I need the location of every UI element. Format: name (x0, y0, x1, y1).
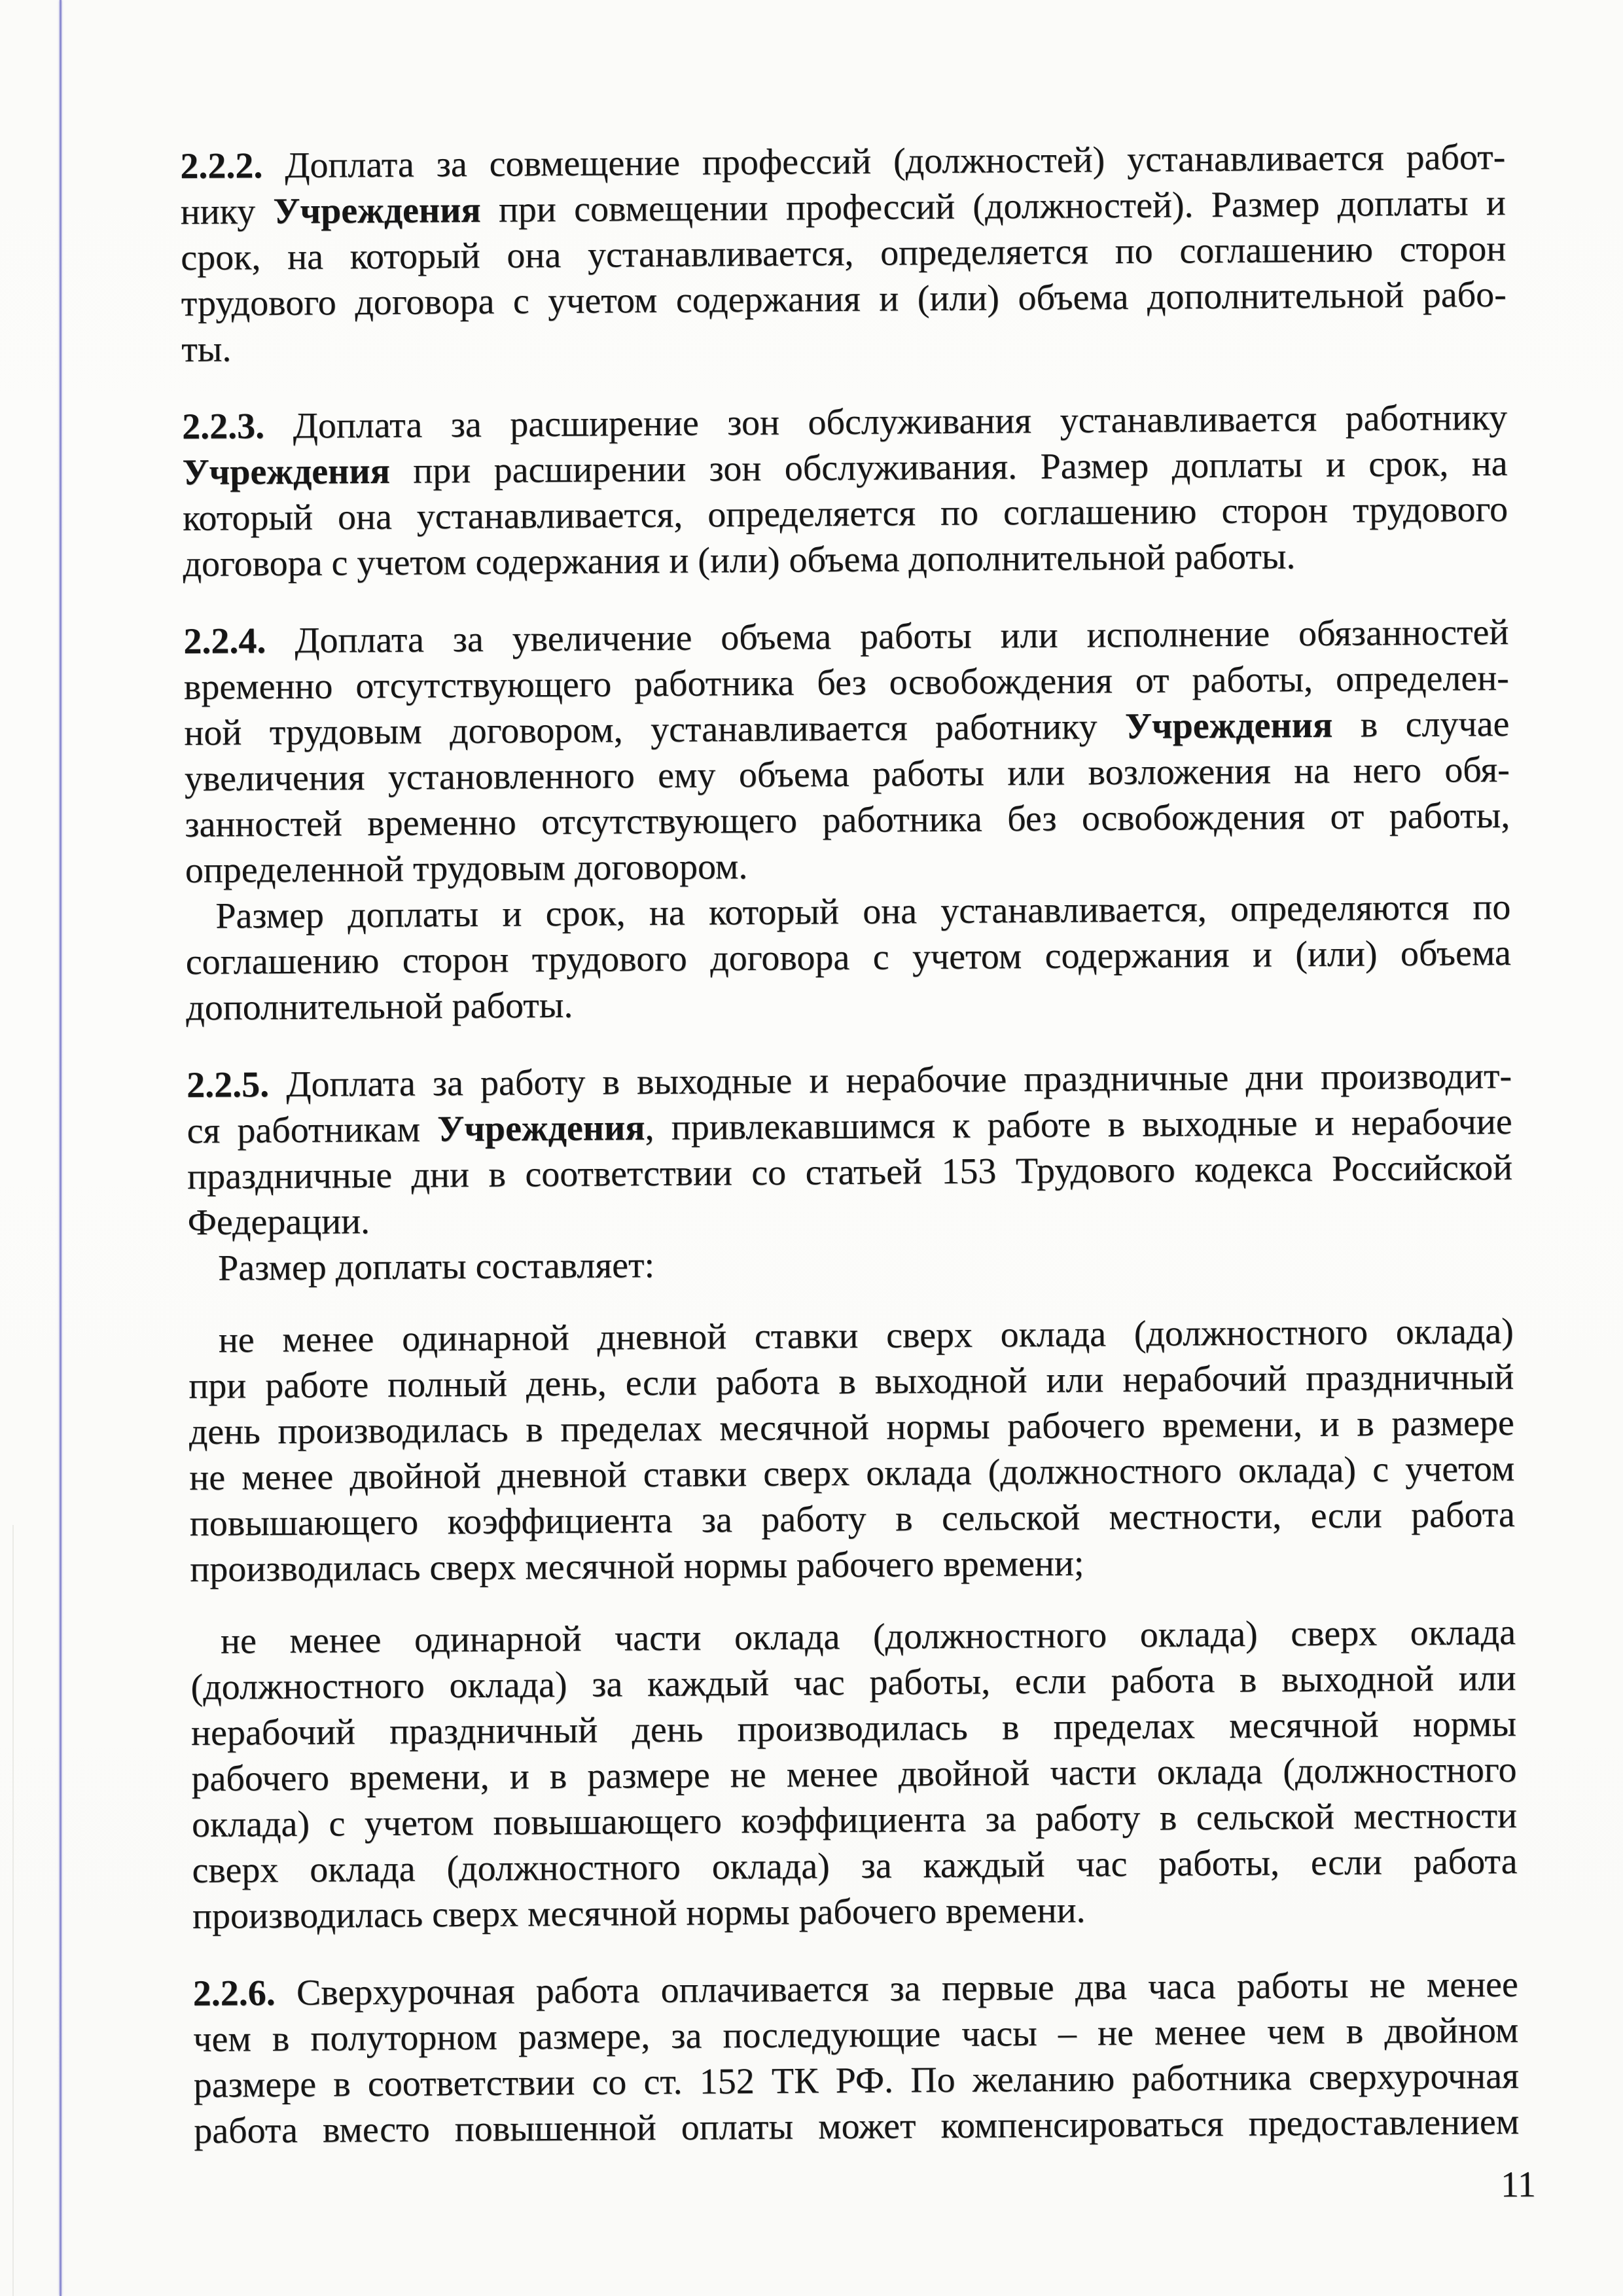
bold-text: 2.2.2. (180, 145, 262, 187)
text-line: Размер доплаты составляет: (188, 1236, 1513, 1291)
body-text: размере в соответствии со ст. 152 ТК РФ.… (194, 2056, 1519, 2106)
scan-edge-line (60, 0, 62, 2296)
body-text: рабочего времени, и в размере не менее д… (191, 1749, 1516, 1799)
paper-fold-line (12, 1525, 14, 2296)
body-text: (должностного оклада) за каждый час рабо… (190, 1658, 1516, 1708)
body-text: производилась сверх месячной нормы рабоч… (190, 1543, 1084, 1590)
body-text: Федерации. (187, 1201, 370, 1243)
text-line: праздничные дни в соответствии со статье… (187, 1145, 1512, 1200)
paragraph-2-2-6: 2.2.6. Сверхурочная работа оплачивается … (193, 1962, 1520, 2154)
body-text: Доплата за совмещение профессий (должнос… (262, 137, 1505, 186)
body-text: ной трудовым договором, устанавливается … (184, 706, 1125, 753)
body-text: увеличения установленного ему объема раб… (185, 749, 1510, 799)
body-text: при совмещении профессий (должностей). Р… (480, 183, 1505, 230)
body-text: трудового договора с учетом содержания и… (181, 274, 1507, 324)
text-line: ты. (181, 317, 1507, 372)
page-number: 11 (194, 2162, 1536, 2217)
body-text: работа вместо повышенной оплаты может ко… (194, 2102, 1519, 2151)
body-text: дополнительной работы. (186, 985, 573, 1028)
body-text: , привлекавшимся к работе в выходные и н… (645, 1102, 1512, 1148)
body-text: Доплата за работу в выходные и нерабочие… (269, 1056, 1512, 1105)
body-text: Размер доплаты составляет: (218, 1245, 654, 1289)
bold-text: Учреждения (1125, 705, 1333, 747)
text-line: работа вместо повышенной оплаты может ко… (194, 2099, 1519, 2154)
text-line: дополнительной работы. (186, 976, 1511, 1031)
body-text: не менее одинарной дневной ставки сверх … (219, 1311, 1514, 1361)
body-text: срок, на который она устанавливается, оп… (181, 228, 1506, 278)
body-text: который она устанавливается, определяетс… (183, 489, 1508, 539)
text-line: повышающего коэффициента за работу в сел… (190, 1492, 1515, 1547)
body-text: соглашению сторон трудового договора с у… (186, 933, 1511, 982)
paragraph-rate-hourly: не менее одинарной части оклада (должнос… (190, 1609, 1518, 1939)
body-text: при работе полный день, если работа в вы… (188, 1357, 1514, 1407)
bold-text: 2.2.5. (187, 1064, 269, 1105)
paragraph-2-2-3: 2.2.3. Доплата за расширение зон обслужи… (182, 395, 1508, 587)
bold-text: Учреждения (182, 451, 390, 493)
paragraph-2-2-4: 2.2.4. Доплата за увеличение объема рабо… (183, 609, 1510, 893)
body-text: занностей временно отсутствующего работн… (185, 795, 1510, 845)
scanned-document-page: 2.2.2. Доплата за совмещение профессий (… (0, 0, 1623, 2296)
body-text: в случае (1332, 704, 1510, 745)
body-text: нику (181, 191, 274, 232)
body-text: чем в полуторном размере, за последующие… (193, 2010, 1518, 2060)
body-text: Размер доплаты и срок, на который она ус… (215, 887, 1510, 937)
body-text: Сверхурочная работа оплачивается за перв… (276, 1964, 1518, 2013)
paragraph-2-2-5-amount-intro: Размер доплаты составляет: (188, 1236, 1513, 1291)
body-text: ся работникам (187, 1109, 437, 1151)
text-line: производилась сверх месячной нормы рабоч… (192, 1884, 1518, 1939)
bold-text: Учреждения (273, 190, 481, 232)
body-text: сверх оклада (должностного оклада) за ка… (192, 1841, 1517, 1891)
bold-text: Учреждения (437, 1107, 645, 1149)
text-line: который она устанавливается, определяетс… (183, 486, 1508, 541)
text-line: соглашению сторон трудового договора с у… (186, 930, 1511, 985)
text-line: производилась сверх месячной нормы рабоч… (190, 1537, 1515, 1592)
document-content: 2.2.2. Доплата за совмещение профессий (… (180, 134, 1520, 2217)
body-text: Доплата за расширение зон обслуживания у… (264, 397, 1507, 446)
text-line: трудового договора с учетом содержания и… (181, 272, 1507, 327)
bold-text: 2.2.4. (183, 620, 266, 662)
body-text: повышающего коэффициента за работу в сел… (190, 1494, 1515, 1544)
body-text: нерабочий праздничный день производилась… (191, 1704, 1516, 1753)
text-line: занностей временно отсутствующего работн… (185, 793, 1510, 848)
paragraph-2-2-5: 2.2.5. Доплата за работу в выходные и не… (187, 1053, 1513, 1246)
body-text: праздничные дни в соответствии со статье… (187, 1147, 1512, 1197)
paragraph-2-2-2: 2.2.2. Доплата за совмещение профессий (… (180, 134, 1507, 372)
bold-text: 2.2.3. (182, 406, 264, 447)
text-line: сверх оклада (должностного оклада) за ка… (192, 1839, 1517, 1893)
paragraph-rate-daily: не менее одинарной дневной ставки сверх … (188, 1308, 1516, 1592)
body-text: Доплата за увеличение объема работы или … (266, 612, 1508, 661)
body-text: день производилась в пределах месячной н… (189, 1403, 1514, 1452)
body-text: не менее одинарной части оклада (должнос… (221, 1612, 1516, 1662)
body-text: временно отсутствующего работника без ос… (184, 658, 1509, 708)
bold-text: 2.2.6. (193, 1973, 276, 2014)
body-text: не менее двойной дневной ставки сверх ок… (189, 1448, 1514, 1498)
body-text: производилась сверх месячной нормы рабоч… (192, 1890, 1086, 1937)
body-text: определенной трудовым договором. (185, 846, 748, 891)
body-text: ты. (181, 329, 232, 370)
body-text: оклада) с учетом повышающего коэффициент… (192, 1795, 1517, 1845)
text-line: договора с учетом содержания и (или) объ… (183, 532, 1508, 587)
body-text: при расширении зон обслуживания. Размер … (390, 443, 1508, 492)
paragraph-2-2-4-amount: Размер доплаты и срок, на который она ус… (185, 884, 1511, 1031)
body-text: договора с учетом содержания и (или) объ… (183, 536, 1295, 584)
